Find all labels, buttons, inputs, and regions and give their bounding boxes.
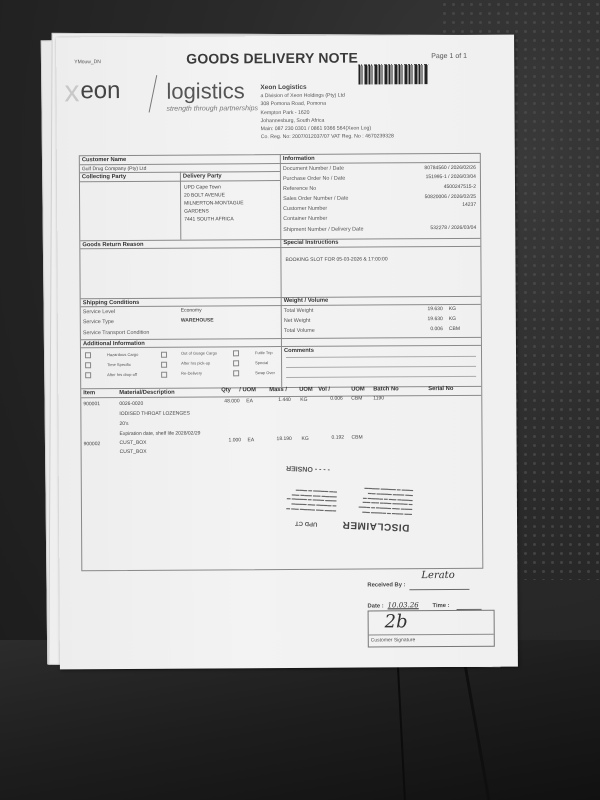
row1-uom: EA	[246, 398, 253, 404]
shipping-label: Service Transport Condition	[83, 330, 150, 336]
divider	[369, 634, 494, 636]
row2-mass: 18.190	[277, 436, 292, 442]
shipping-label: Service Level	[83, 309, 115, 315]
row1-desc: IODISED THROAT LOZENGES	[119, 411, 190, 417]
signature-value: 2b	[385, 611, 408, 632]
row2-desc: CUST_BOX	[120, 449, 147, 455]
row2-vol-uom: CBM	[352, 435, 363, 441]
col-vol: Vol /	[318, 387, 330, 393]
special-instructions-heading: Special Instructions	[283, 240, 338, 246]
divider	[280, 155, 282, 387]
checkbox[interactable]	[233, 350, 239, 356]
logo-divider	[149, 75, 158, 112]
option-label: Swap Over	[255, 370, 275, 375]
info-value: 4500247515-2	[444, 184, 476, 190]
row1-desc: Expiration date, shelf life 2028/02/29	[119, 431, 200, 437]
weight-label: Net Weight	[284, 318, 311, 324]
time-label: Time :	[433, 603, 450, 609]
info-label: Reference No	[283, 186, 316, 192]
shipping-label: Service Type	[83, 319, 114, 325]
checkbox[interactable]	[161, 362, 167, 368]
weight-label: Total Volume	[284, 328, 315, 334]
col-vol-uom: UOM	[351, 387, 365, 393]
divider	[281, 345, 481, 347]
row1-vol-uom: CBM	[351, 396, 362, 402]
logo-secondary: logistics	[166, 78, 244, 104]
row1-mass-uom: KG	[300, 397, 307, 403]
comment-line	[286, 366, 476, 368]
company-line: Co. Reg. No: 2007/012037/07 VAT Reg. No …	[261, 133, 394, 142]
stamp-subtitle: UPD CT	[295, 520, 318, 527]
date-label: Date :	[368, 603, 384, 609]
comments-heading: Comments	[284, 348, 314, 354]
row2-item: 900002	[84, 441, 101, 447]
info-label: Sales Order Number / Date	[283, 196, 348, 202]
option-label: Re-Delivery	[181, 371, 202, 376]
customer-heading: Customer Name	[82, 157, 127, 163]
weight-heading: Weight / Volume	[284, 298, 329, 304]
delivery-note-page: YMouw_DN GOODS DELIVERY NOTE Page 1 of 1…	[56, 35, 518, 670]
stamp-title: DISCLAIMER	[342, 519, 410, 533]
option-label: Time Specific	[107, 362, 131, 367]
info-label: Purchase Order No / Date	[283, 176, 345, 182]
checkbox[interactable]	[233, 370, 239, 376]
logo-primary: eon	[80, 77, 120, 105]
col-mass-uom: UOM	[299, 387, 313, 393]
weight-label: Total Weight	[284, 308, 314, 314]
checkbox[interactable]	[85, 372, 91, 378]
row1-item: 900001	[83, 401, 100, 407]
col-batch: Batch No	[373, 386, 398, 392]
checkbox[interactable]	[85, 352, 91, 358]
info-value: 14237	[462, 202, 476, 208]
info-label: Document Number / Date	[283, 166, 344, 172]
col-qty: Qty	[221, 387, 231, 393]
signature-label: Customer Signature	[371, 637, 416, 643]
weight-unit: CBM	[449, 326, 460, 332]
company-address: Xeon Logistics a Division of Xeon Holdin…	[260, 83, 394, 141]
received-by-value: Lerato	[421, 570, 454, 581]
stamp-text-right: ▬▬▬ ▬▬ ▬▬▬▬ ▬▬ ▬▬ ▬▬▬▬ ▬▬ ▬▬▬▬▬▬▬ ▬▬▬ ▬ …	[266, 486, 337, 513]
info-value: 50820006 / 2026/02/25	[425, 194, 476, 200]
divider	[280, 162, 480, 164]
col-mass: Mass /	[269, 387, 287, 393]
disclaimer-stamp: DISCLAIMER UPD CT ▬▬ ▬▬▬ ▬ ▬▬▬▬ ▬▬▬▬▬ ▬▬…	[265, 450, 419, 537]
option-label: After hrs pick-up	[181, 360, 210, 365]
row1-mass: 1.440	[278, 397, 291, 403]
received-by-line	[409, 589, 469, 590]
document-reference: YMouw_DN	[74, 59, 101, 65]
option-label: Out of Guage Cargo	[181, 350, 217, 355]
checkbox[interactable]	[161, 352, 167, 358]
option-label: Futile Trip	[255, 350, 273, 355]
row1-qty: 48.000	[224, 398, 239, 404]
comment-line	[286, 376, 476, 378]
information-heading: Information	[283, 156, 315, 162]
option-label: Special	[255, 360, 268, 365]
info-label: Customer Number	[283, 206, 327, 212]
date-value: 10.03.26	[388, 601, 419, 609]
document-title: GOODS DELIVERY NOTE	[186, 50, 358, 67]
delivery-party-heading: Delivery Party	[183, 173, 222, 179]
row2-material: CUST_BOX	[120, 440, 147, 446]
info-value: 80784560 / 2026/02/26	[424, 165, 475, 171]
row1-material: 0026-0020	[119, 401, 143, 407]
stamp-header: - - - - ONSIER	[286, 464, 330, 473]
shipping-value: WAREHOUSE	[181, 317, 214, 323]
delivery-party-line: UPD Cape Town	[184, 184, 221, 190]
received-by-label: Received By :	[367, 582, 405, 588]
collecting-party-heading: Collecting Party	[82, 174, 126, 180]
info-value: 532278 / 2026/03/04	[430, 225, 476, 231]
row2-vol: 0.192	[332, 435, 345, 441]
col-material: Material/Description	[119, 390, 174, 396]
row1-vol: 0.006	[330, 396, 343, 402]
shipping-heading: Shipping Conditions	[83, 300, 140, 306]
stamp-text-left: ▬▬ ▬▬▬ ▬ ▬▬▬▬ ▬▬▬▬▬ ▬▬ ▬▬▬▬ ▬ ▬▬▬▬ ▬▬▬▬ …	[342, 485, 413, 517]
signature-box: 2b Customer Signature	[368, 610, 495, 648]
weight-unit: KG	[449, 306, 456, 312]
delivery-party-line: 7441 SOUTH AFRICA	[184, 216, 234, 222]
info-label: Shipment Number / Delivery Date	[283, 227, 363, 233]
delivery-party-line: 20 BOLT AVENUE	[184, 192, 225, 198]
page-number: Page 1 of 1	[431, 53, 467, 60]
delivery-party-line: GARDENS	[184, 208, 209, 214]
row2-uom: EA	[248, 437, 255, 443]
weight-value: 19.630	[427, 306, 442, 312]
logo-tagline: strength through partnerships	[166, 105, 257, 113]
logo-mark: x	[64, 75, 79, 109]
customer-name: Gulf Drug Company (Pty) Ltd	[82, 166, 147, 172]
barcode-icon	[358, 64, 428, 84]
col-qty-uom: / UOM	[239, 387, 256, 393]
option-label: Hazardous Cargo	[107, 352, 138, 357]
checkbox[interactable]	[233, 360, 239, 366]
comment-line	[286, 356, 476, 358]
weight-unit: KG	[449, 316, 456, 322]
shipping-value: Economy	[181, 308, 202, 314]
return-reason-heading: Goods Return Reason	[82, 242, 143, 248]
checkbox[interactable]	[85, 362, 91, 368]
delivery-party-line: MILNERTON-MONTAGUE	[184, 200, 243, 206]
info-label: Container Number	[283, 216, 327, 222]
additional-heading: Additional Information	[83, 341, 145, 347]
row2-mass-uom: KG	[302, 436, 309, 442]
divider	[180, 172, 181, 240]
row1-batch: 1190	[373, 395, 384, 401]
col-item: Item	[83, 390, 95, 396]
option-label: After hrs drop-off	[107, 372, 137, 377]
col-serial: Serial No	[428, 386, 453, 392]
weight-value: 0.006	[430, 326, 443, 332]
info-value: 151995-1 / 2026/03/04	[426, 174, 476, 180]
checkbox[interactable]	[161, 372, 167, 378]
divider	[80, 163, 280, 165]
weight-value: 19.630	[427, 316, 442, 322]
row2-qty: 1.000	[229, 437, 242, 443]
special-instructions-value: BOOKING SLOT FOR 05-03-2026 & 17:00:00	[285, 256, 387, 263]
row1-desc: 20's	[119, 421, 128, 427]
